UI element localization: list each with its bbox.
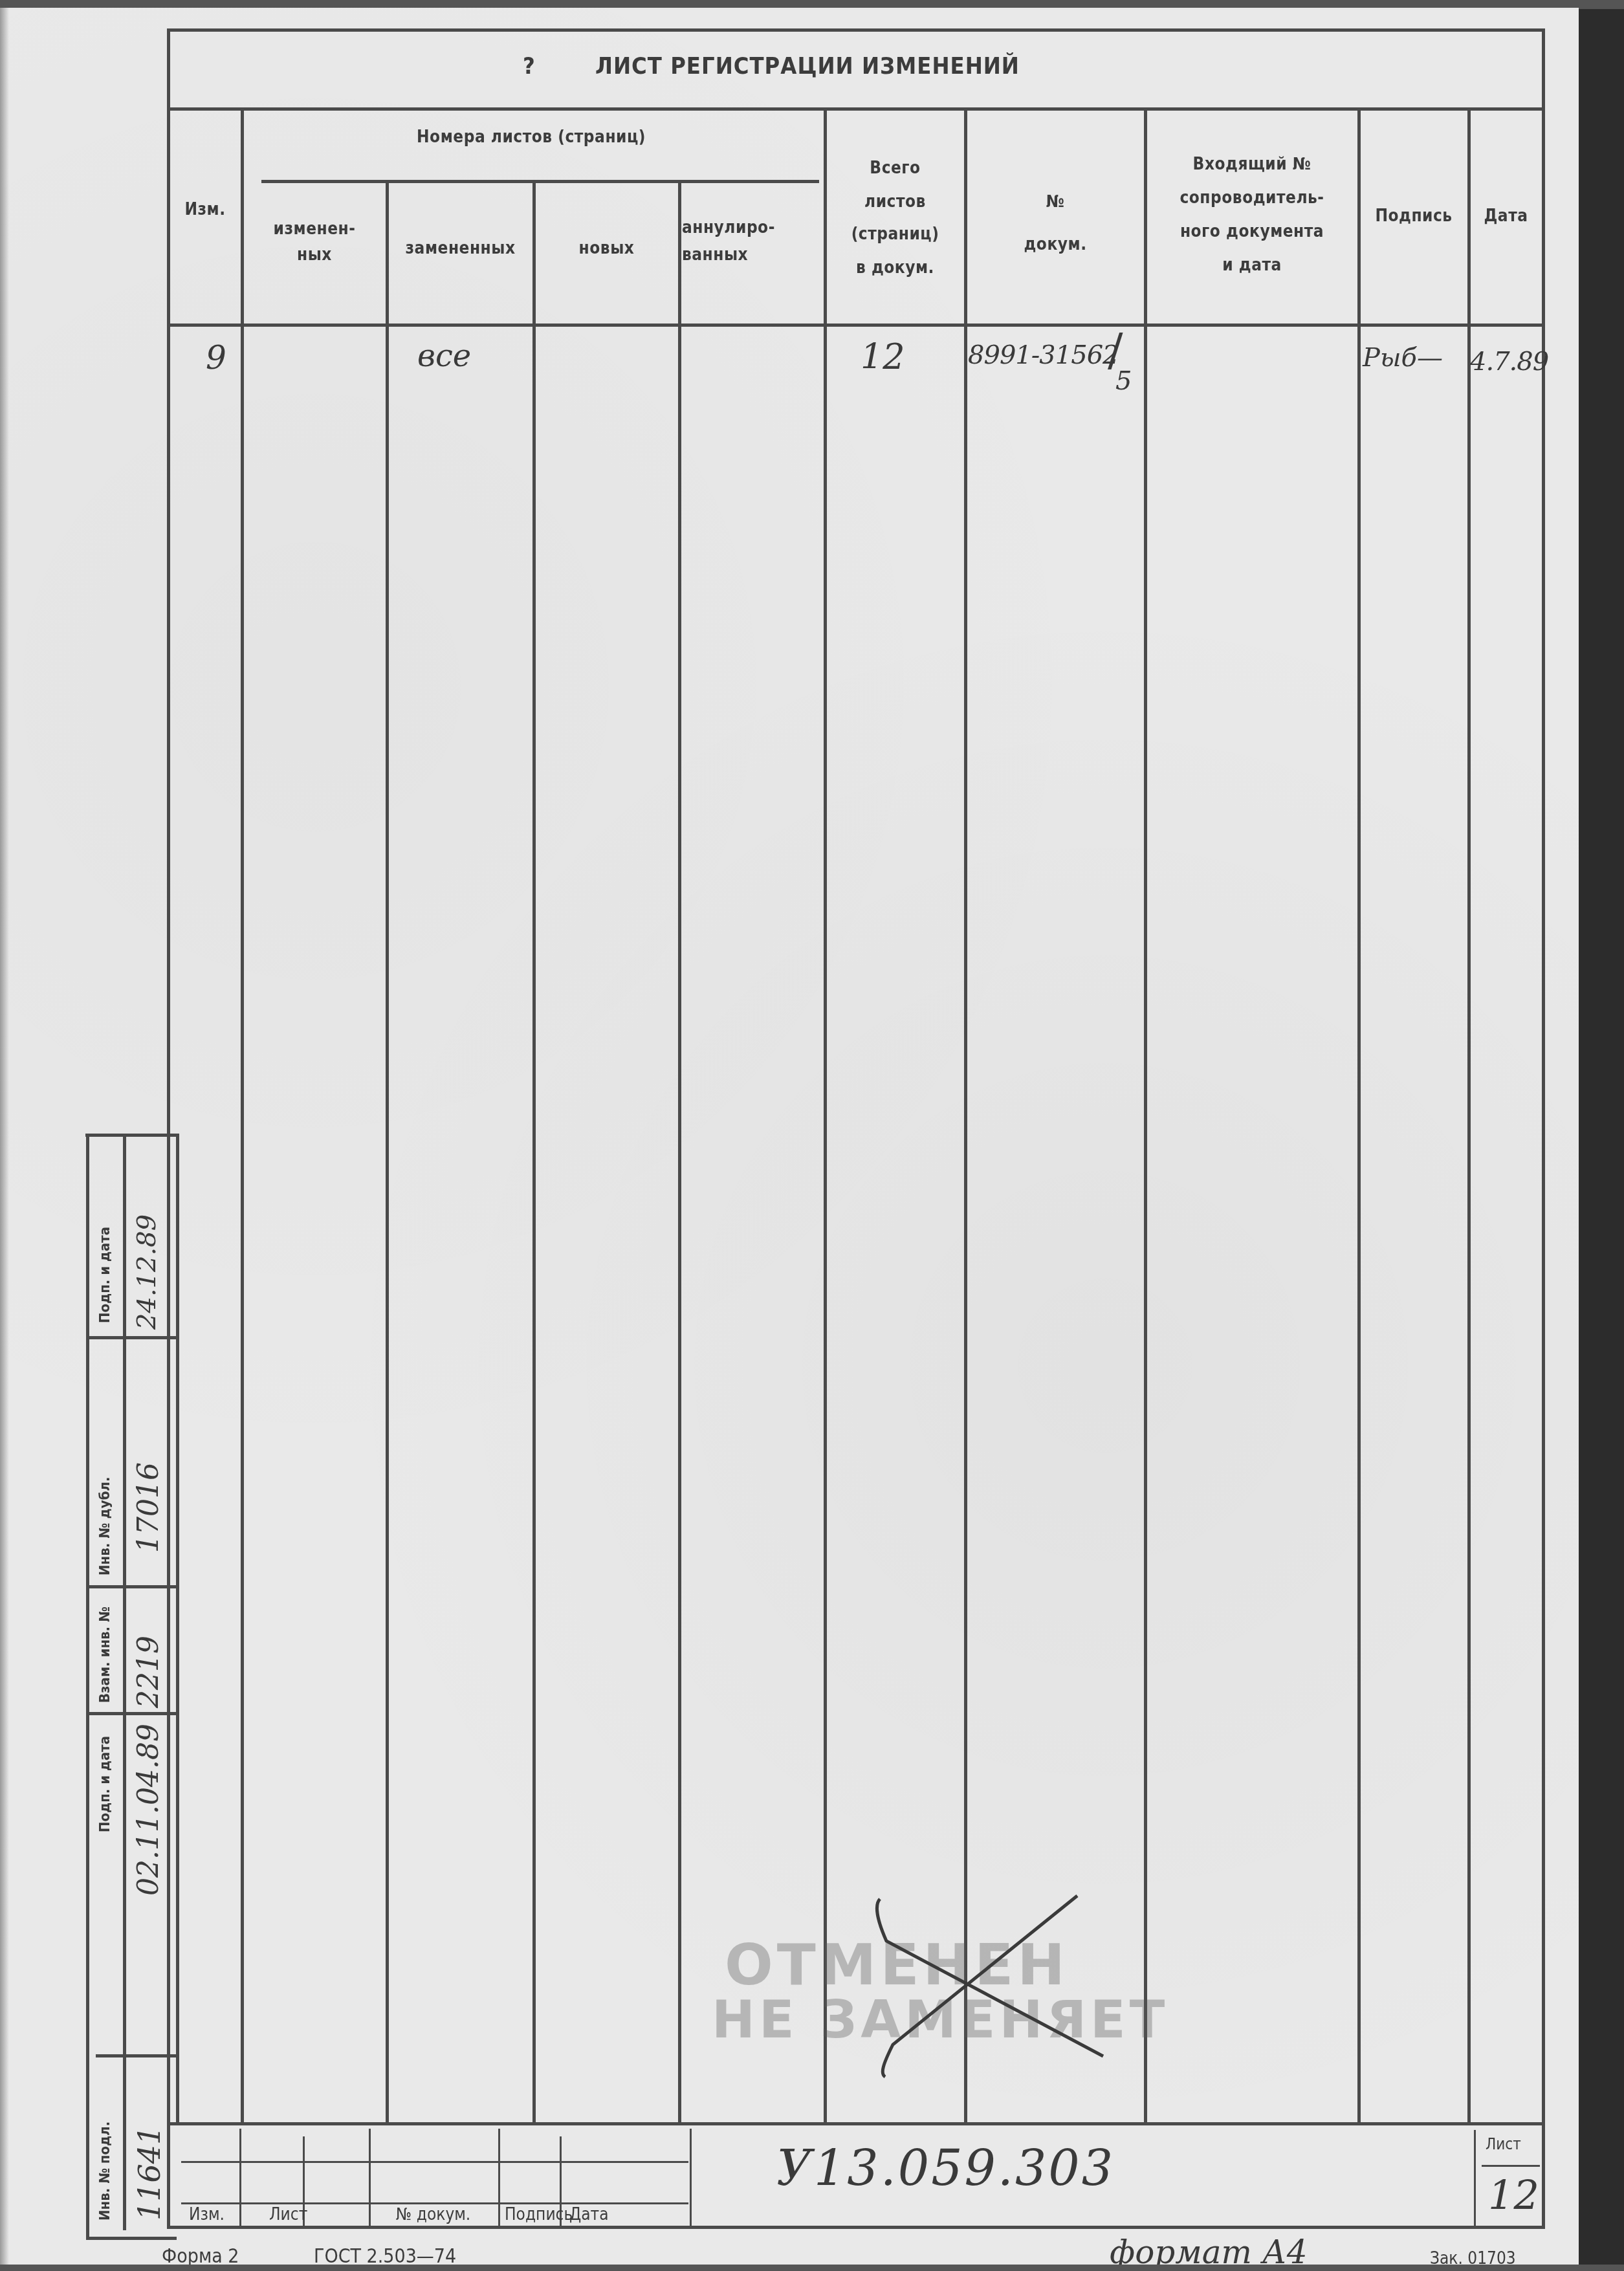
row-doc-num: 8991-31562 (968, 340, 1119, 370)
side-left-line (86, 1134, 89, 2239)
header-annulled-1: аннулиро- (682, 214, 775, 242)
title-mark: ? (523, 53, 536, 80)
side-value-inv-dubl: 17016 (132, 1462, 165, 1553)
header-total-4: в докум. (826, 254, 964, 282)
col-line-9 (1467, 110, 1471, 2122)
col-line-6 (964, 110, 967, 2122)
side-value-vzam-inv: 2219 (132, 1636, 165, 1708)
row-replaced: все (417, 338, 471, 374)
row-signature: Рыб— (1363, 343, 1443, 373)
header-izm: Изм. (170, 195, 241, 224)
header-sheet-numbers: Номера листов (страниц) (243, 123, 819, 151)
header-date: Дата (1470, 202, 1542, 230)
frame-bottom-line (167, 2226, 1545, 2229)
col-line-4 (678, 182, 681, 2122)
side-bottom-line (86, 2237, 177, 2240)
tb-label-date: Дата (569, 2205, 609, 2224)
tb-col-line-3 (369, 2129, 371, 2226)
row-total: 12 (861, 336, 905, 377)
header-incoming-4: и дата (1147, 251, 1357, 280)
side-right-line (176, 1134, 179, 2123)
col-line-3 (532, 182, 536, 2122)
tb-label-izm: Изм. (189, 2205, 225, 2224)
tb-sheet-divider (1482, 2165, 1540, 2167)
tb-col-line-4 (498, 2129, 500, 2226)
row-doc-num-sub: 5 (1115, 366, 1132, 396)
col-line-2 (386, 182, 389, 2122)
frame-left-line (167, 28, 170, 2228)
row-date: 4.7.89 (1470, 347, 1548, 377)
title-band-line (167, 107, 1545, 111)
title-block-top-line (167, 2122, 1545, 2125)
side-value-sign-date-bottom: 02.11.04.89 (132, 1724, 165, 1896)
header-replaced: замененных (388, 234, 532, 263)
header-docnum-2: докум. (967, 230, 1144, 259)
side-divider-4 (96, 2054, 177, 2057)
side-divider-3 (89, 1712, 177, 1715)
document-designation: У13.059.303 (776, 2139, 1115, 2197)
col-line-1 (241, 110, 244, 2122)
side-label-vzam-inv: Взам. инв. № (97, 1607, 113, 1703)
header-incoming-3: ного документа (1147, 217, 1357, 246)
col-line-5 (824, 110, 827, 2122)
stamp-text-line2: НЕ ЗАМЕНЯЕТ (712, 1990, 1169, 2050)
paper-shadow (0, 8, 9, 2271)
side-value-inv-orig: 11641 (132, 2126, 167, 2221)
tb-row-line-2 (181, 2202, 688, 2204)
stamp-text-line1: ОТМЕНЕН (725, 1931, 1069, 1998)
side-divider-1 (89, 1336, 177, 1339)
tb-sheet-line (1474, 2130, 1476, 2226)
side-top-line (85, 1134, 177, 1137)
header-total-3: (страниц) (826, 220, 964, 248)
side-label-inv-dubl: Инв. № дубл. (97, 1476, 113, 1575)
header-incoming-2: сопроводитель- (1147, 184, 1357, 212)
scan-bottom-edge (0, 2265, 1624, 2271)
side-label-sign-date-top: Подп. и дата (97, 1227, 113, 1323)
header-changed-1: изменен- (243, 215, 386, 243)
header-new: новых (535, 234, 678, 263)
side-mid-line (123, 1134, 126, 2230)
header-total-1: Всего (826, 154, 964, 182)
tb-label-docnum: № докум. (396, 2205, 470, 2224)
header-total-2: листов (826, 188, 964, 216)
side-divider-2 (89, 1585, 177, 1588)
header-changed-2: ных (243, 241, 386, 269)
tb-col-line-1 (239, 2129, 241, 2226)
header-annulled-2: ванных (682, 241, 748, 269)
tb-label-list: Лист (269, 2205, 307, 2224)
header-signature: Подпись (1360, 202, 1467, 230)
header-docnum-1: № (967, 188, 1144, 216)
col-line-7 (1144, 110, 1147, 2122)
side-label-inv-orig: Инв. № подл. (97, 2122, 113, 2221)
group-header-line (261, 180, 819, 183)
header-bottom-line (167, 324, 1545, 327)
page-title: ЛИСТ РЕГИСТРАЦИИ ИЗМЕНЕНИЙ (595, 53, 1020, 80)
tb-row-line-1 (181, 2161, 688, 2163)
tb-col-line-6 (690, 2129, 692, 2226)
sheet-number: 12 (1488, 2171, 1539, 2219)
header-incoming-1: Входящий № (1147, 150, 1357, 179)
side-value-sign-date-top: 24.12.89 (132, 1214, 162, 1330)
tb-label-sheet: Лист (1486, 2135, 1521, 2153)
col-line-8 (1357, 110, 1361, 2122)
side-label-sign-date-bottom: Подп. и дата (97, 1736, 113, 1832)
tb-label-signature: Подпись (505, 2205, 573, 2224)
row-izm: 9 (206, 339, 226, 377)
frame-top-line (167, 28, 1545, 32)
